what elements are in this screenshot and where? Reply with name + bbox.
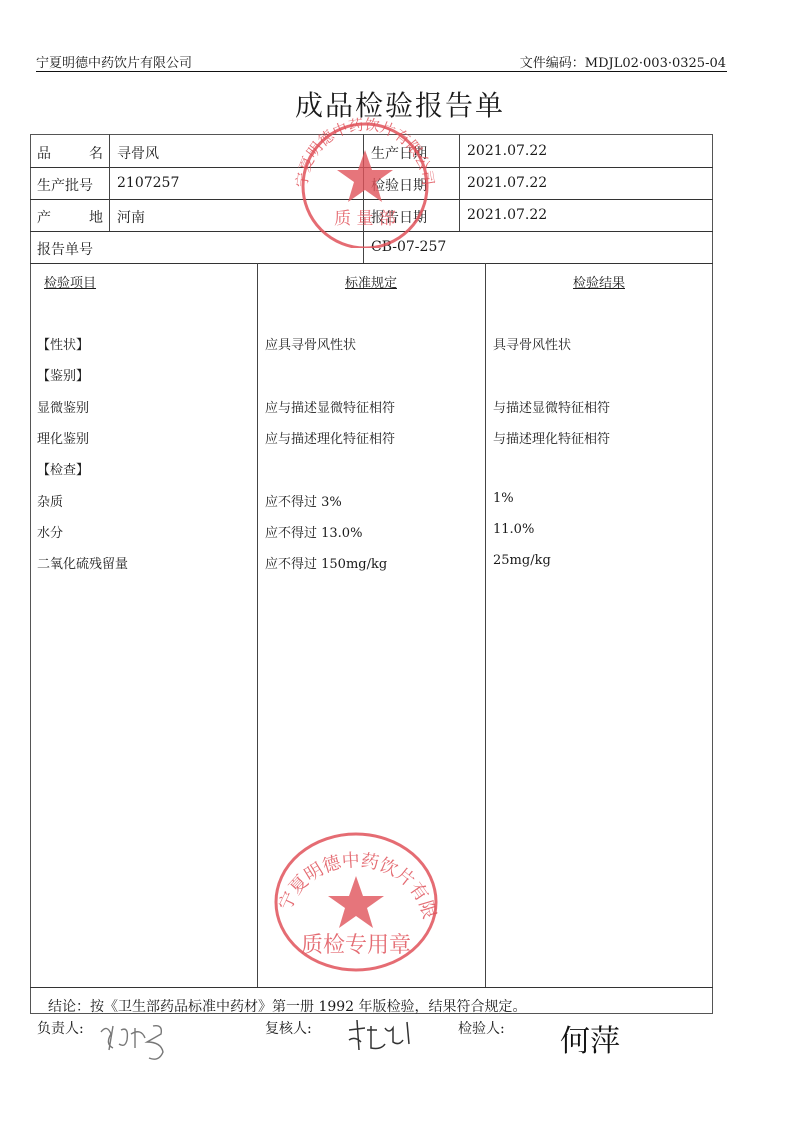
inspector-label: 检验人:	[458, 1018, 505, 1038]
responsible-signature	[95, 1018, 185, 1062]
row-item: 【性状】	[37, 334, 89, 353]
row-standard: 应与描述理化特征相符	[265, 428, 395, 447]
row-result: 与描述理化特征相符	[493, 428, 610, 447]
table-divider	[109, 134, 110, 231]
production-date-value: 2021.07.22	[467, 143, 547, 159]
row-standard: 应不得过 13.0%	[265, 522, 362, 541]
product-name-label: 品名	[37, 143, 103, 163]
quality-inspection-seal: 宁夏明德中药饮片有限公司 质检专用章	[268, 824, 444, 974]
origin-value: 河南	[117, 207, 145, 227]
report-no-label: 报告单号	[37, 239, 93, 259]
reviewer-signature	[345, 1016, 425, 1056]
inspector-signature: 何萍	[560, 1016, 620, 1060]
row-item: 理化鉴别	[37, 428, 89, 447]
conclusion: 结论：按《卫生部药品标准中药材》第一册 1992 年版检验，结果符合规定。	[48, 996, 527, 1016]
batch-label: 生产批号	[37, 175, 93, 195]
row-item: 【鉴别】	[37, 365, 89, 384]
row-standard: 应具寻骨风性状	[265, 334, 356, 353]
row-item: 显微鉴别	[37, 397, 89, 416]
batch-value: 2107257	[117, 175, 179, 191]
reviewer-label: 复核人:	[265, 1018, 312, 1038]
svg-text:质检专用章: 质检专用章	[301, 933, 411, 958]
origin-label: 产地	[37, 207, 103, 227]
row-result: 1%	[493, 491, 514, 506]
row-item: 水分	[37, 522, 63, 541]
row-result: 11.0%	[493, 522, 534, 537]
row-result: 25mg/kg	[493, 553, 551, 568]
table-divider	[30, 263, 713, 264]
column-header-result: 检验结果	[485, 272, 713, 291]
row-item: 【检查】	[37, 459, 89, 478]
row-item: 二氧化硫残留量	[37, 553, 128, 572]
row-result: 与描述显微特征相符	[493, 397, 610, 416]
row-item: 杂质	[37, 491, 63, 510]
table-divider	[257, 263, 258, 987]
table-divider	[30, 987, 713, 988]
row-standard: 应与描述显微特征相符	[265, 397, 395, 416]
report-date-value: 2021.07.22	[467, 207, 547, 223]
inspection-date-value: 2021.07.22	[467, 175, 547, 191]
table-divider	[485, 263, 486, 987]
column-header-standard: 标准规定	[257, 272, 485, 291]
row-standard: 应不得过 3%	[265, 491, 342, 510]
product-name-value: 寻骨风	[117, 143, 159, 163]
row-result: 具寻骨风性状	[493, 334, 571, 353]
svg-text:质 量 部: 质 量 部	[334, 209, 396, 229]
quality-dept-stamp: 宁夏明德中药饮片有限公司 质 量 部	[285, 108, 445, 248]
row-standard: 应不得过 150mg/kg	[265, 553, 387, 572]
table-divider	[459, 134, 460, 231]
document-code: 文件编码：MDJL02·003·0325-04	[520, 52, 726, 71]
responsible-label: 负责人:	[37, 1018, 84, 1038]
column-header-item: 检验项目	[44, 272, 96, 291]
company-name: 宁夏明德中药饮片有限公司	[36, 52, 192, 71]
header-divider	[36, 71, 727, 72]
